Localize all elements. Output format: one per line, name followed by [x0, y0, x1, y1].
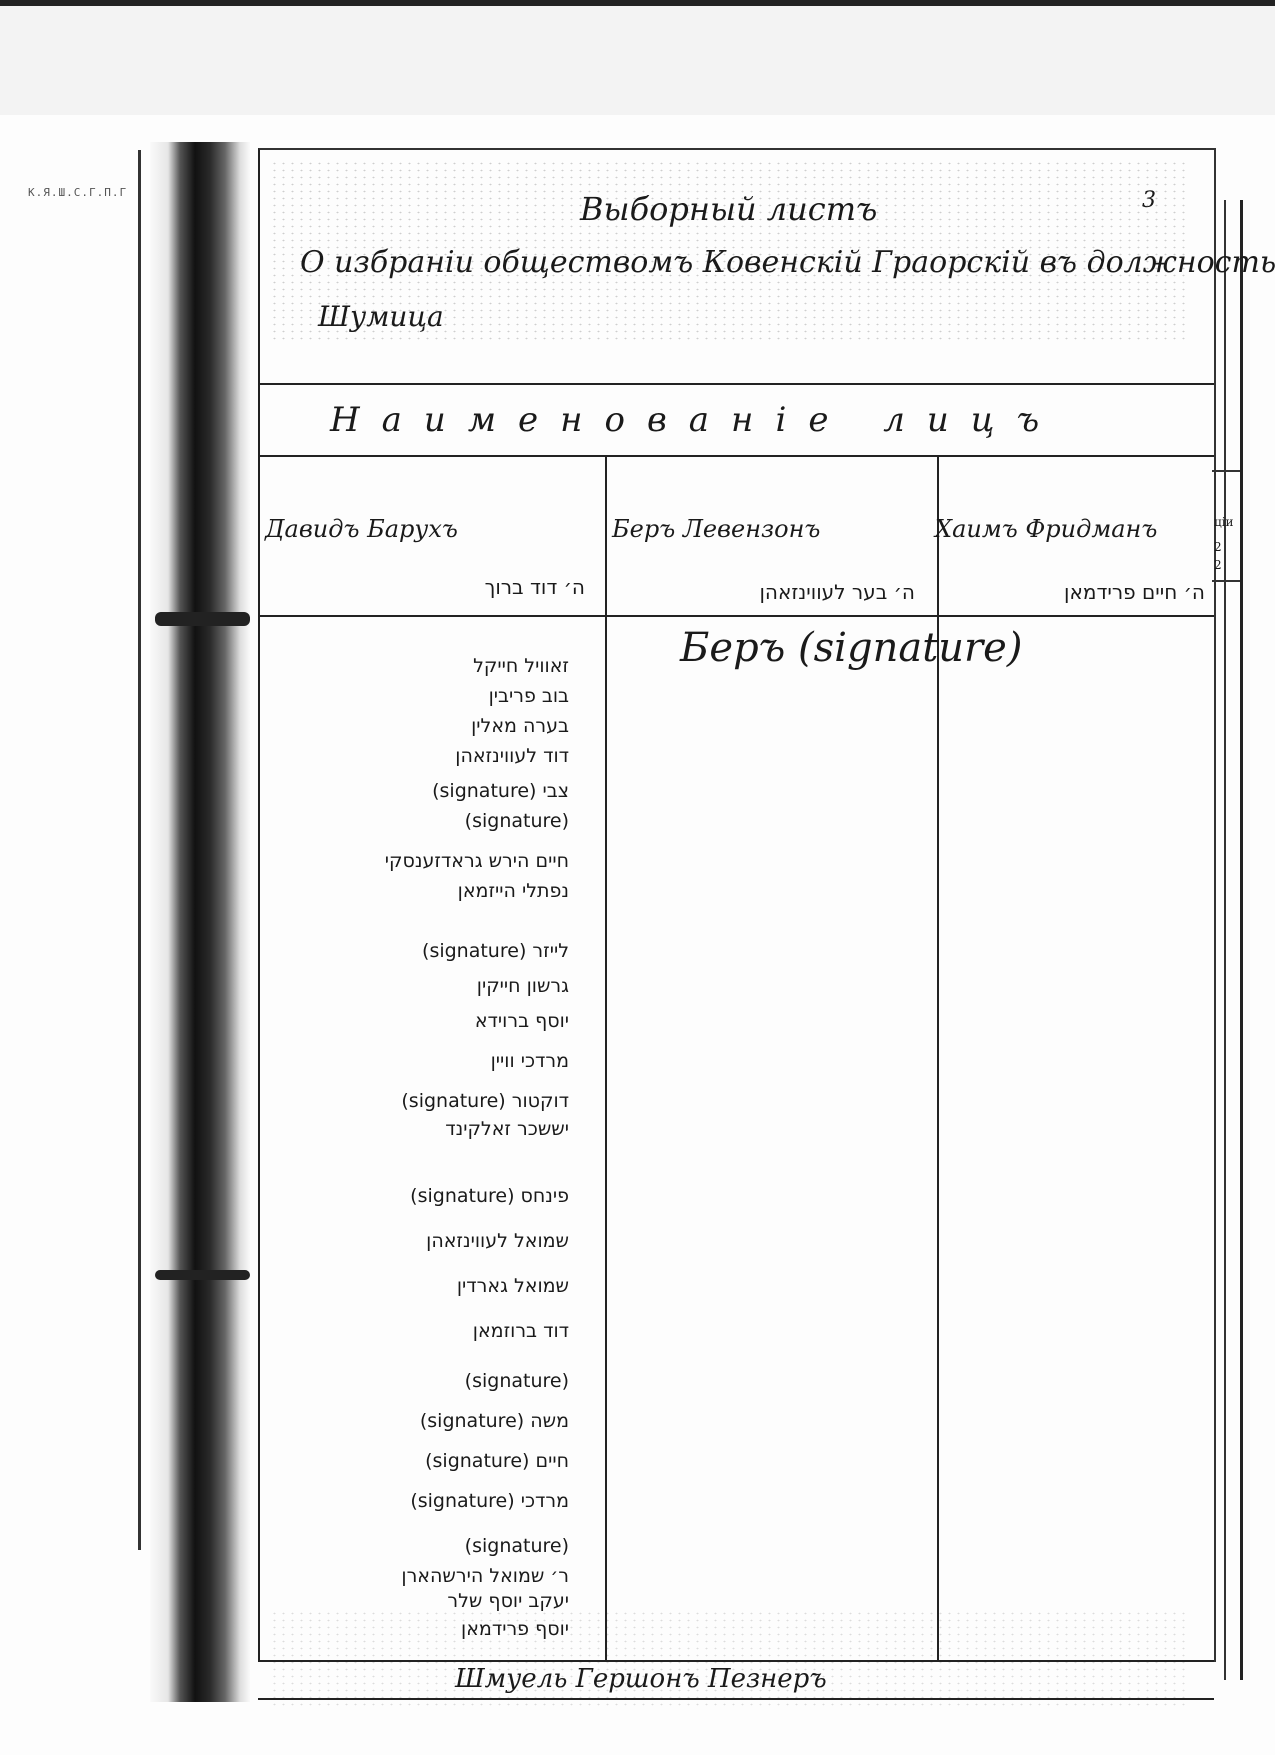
signature: (signature) — [465, 1370, 569, 1392]
binding-string — [155, 612, 250, 626]
signature: יששכר זאלקינד — [445, 1118, 569, 1140]
signature: חיים הירש גראדזענסקי — [385, 850, 569, 872]
signature: מרדכי וויין — [491, 1050, 569, 1072]
signature: (signature) — [465, 1535, 569, 1557]
document-subtitle-continued: Шумица — [318, 300, 444, 333]
footer-bottom-rule — [258, 1698, 1214, 1700]
underlying-sheet — [0, 6, 1275, 116]
signature: פינחס (signature) — [410, 1185, 569, 1207]
column-header-3-hebrew: ה׳ חיים פרידמאן — [1064, 580, 1205, 604]
signature: יעקב יוסף שלר — [447, 1590, 569, 1612]
binding-string-lower — [155, 1270, 250, 1280]
signature: יוסף ברוידא — [475, 1010, 569, 1032]
signature: לייזר (signature) — [422, 940, 569, 962]
margin-mark: 2 — [1214, 540, 1222, 554]
signature: צבי (signature) — [432, 780, 569, 802]
signature: דוקטור (signature) — [401, 1090, 569, 1112]
column-divider-1 — [605, 455, 607, 1660]
section-divider — [258, 455, 1214, 457]
signature: יוסף פרידמאן — [461, 1618, 569, 1640]
margin-mark: ціи — [1214, 515, 1234, 529]
document-title: Выборный листъ — [580, 190, 877, 228]
right-margin-rule — [1224, 200, 1226, 1680]
table-bottom-rule — [258, 1660, 1214, 1662]
signature: (signature) — [465, 810, 569, 832]
signature: דוד ברוזמאן — [473, 1320, 569, 1342]
signature: גרשון חייקין — [477, 975, 569, 997]
signature: דוד לעווינזאהן — [455, 745, 569, 767]
column-header-1-hebrew: ה׳ דוד ברוך — [485, 575, 585, 599]
margin-box-line — [1212, 470, 1240, 472]
column-1-signature-list: זאוויל חייקל בוב פריבין בערה מאלין דוד ל… — [262, 640, 597, 1650]
header-divider — [258, 383, 1214, 385]
signature: נפתלי הייזמאן — [458, 880, 569, 902]
margin-box-line — [1212, 580, 1240, 582]
column-header-1: Давидъ Барухъ — [265, 515, 458, 543]
column-2-signature: Беръ (signature) — [680, 625, 1022, 671]
column-header-2: Беръ Левензонъ — [612, 515, 820, 543]
binding-edge-line — [138, 150, 141, 1550]
signature: בוב פריבין — [489, 685, 569, 707]
footer-signature: Шмуель Гершонъ Пезнеръ — [455, 1664, 827, 1694]
right-page-edge — [1240, 200, 1243, 1680]
document-subtitle: О избраніи обществомъ Ковенскій Граорскі… — [300, 245, 1275, 280]
signature: שמואל לעווינזאהן — [426, 1230, 569, 1252]
signature: משה (signature) — [420, 1410, 569, 1432]
margin-mark: 2 — [1214, 558, 1222, 572]
book-binding-spine — [150, 142, 250, 1702]
column-header-divider — [258, 615, 1214, 617]
column-header-2-hebrew: ה׳ בער לעווינזאהן — [759, 580, 915, 604]
signature: שמואל גארדין — [457, 1275, 569, 1297]
section-header: Наименованіе лицъ — [330, 400, 1160, 440]
signature: חיים (signature) — [425, 1450, 569, 1472]
archive-stamp: К.Я.Ш.С.Г.П.Г — [28, 186, 127, 199]
signature: בערה מאלין — [471, 715, 569, 737]
column-header-3: Хаимъ Фридманъ — [935, 515, 1157, 543]
page-number: 3 — [1142, 188, 1156, 213]
signature: זאוויל חייקל — [473, 655, 569, 677]
signature: ר׳ שמואל הירשהארן — [401, 1565, 569, 1587]
signature: מרדכי (signature) — [410, 1490, 569, 1512]
